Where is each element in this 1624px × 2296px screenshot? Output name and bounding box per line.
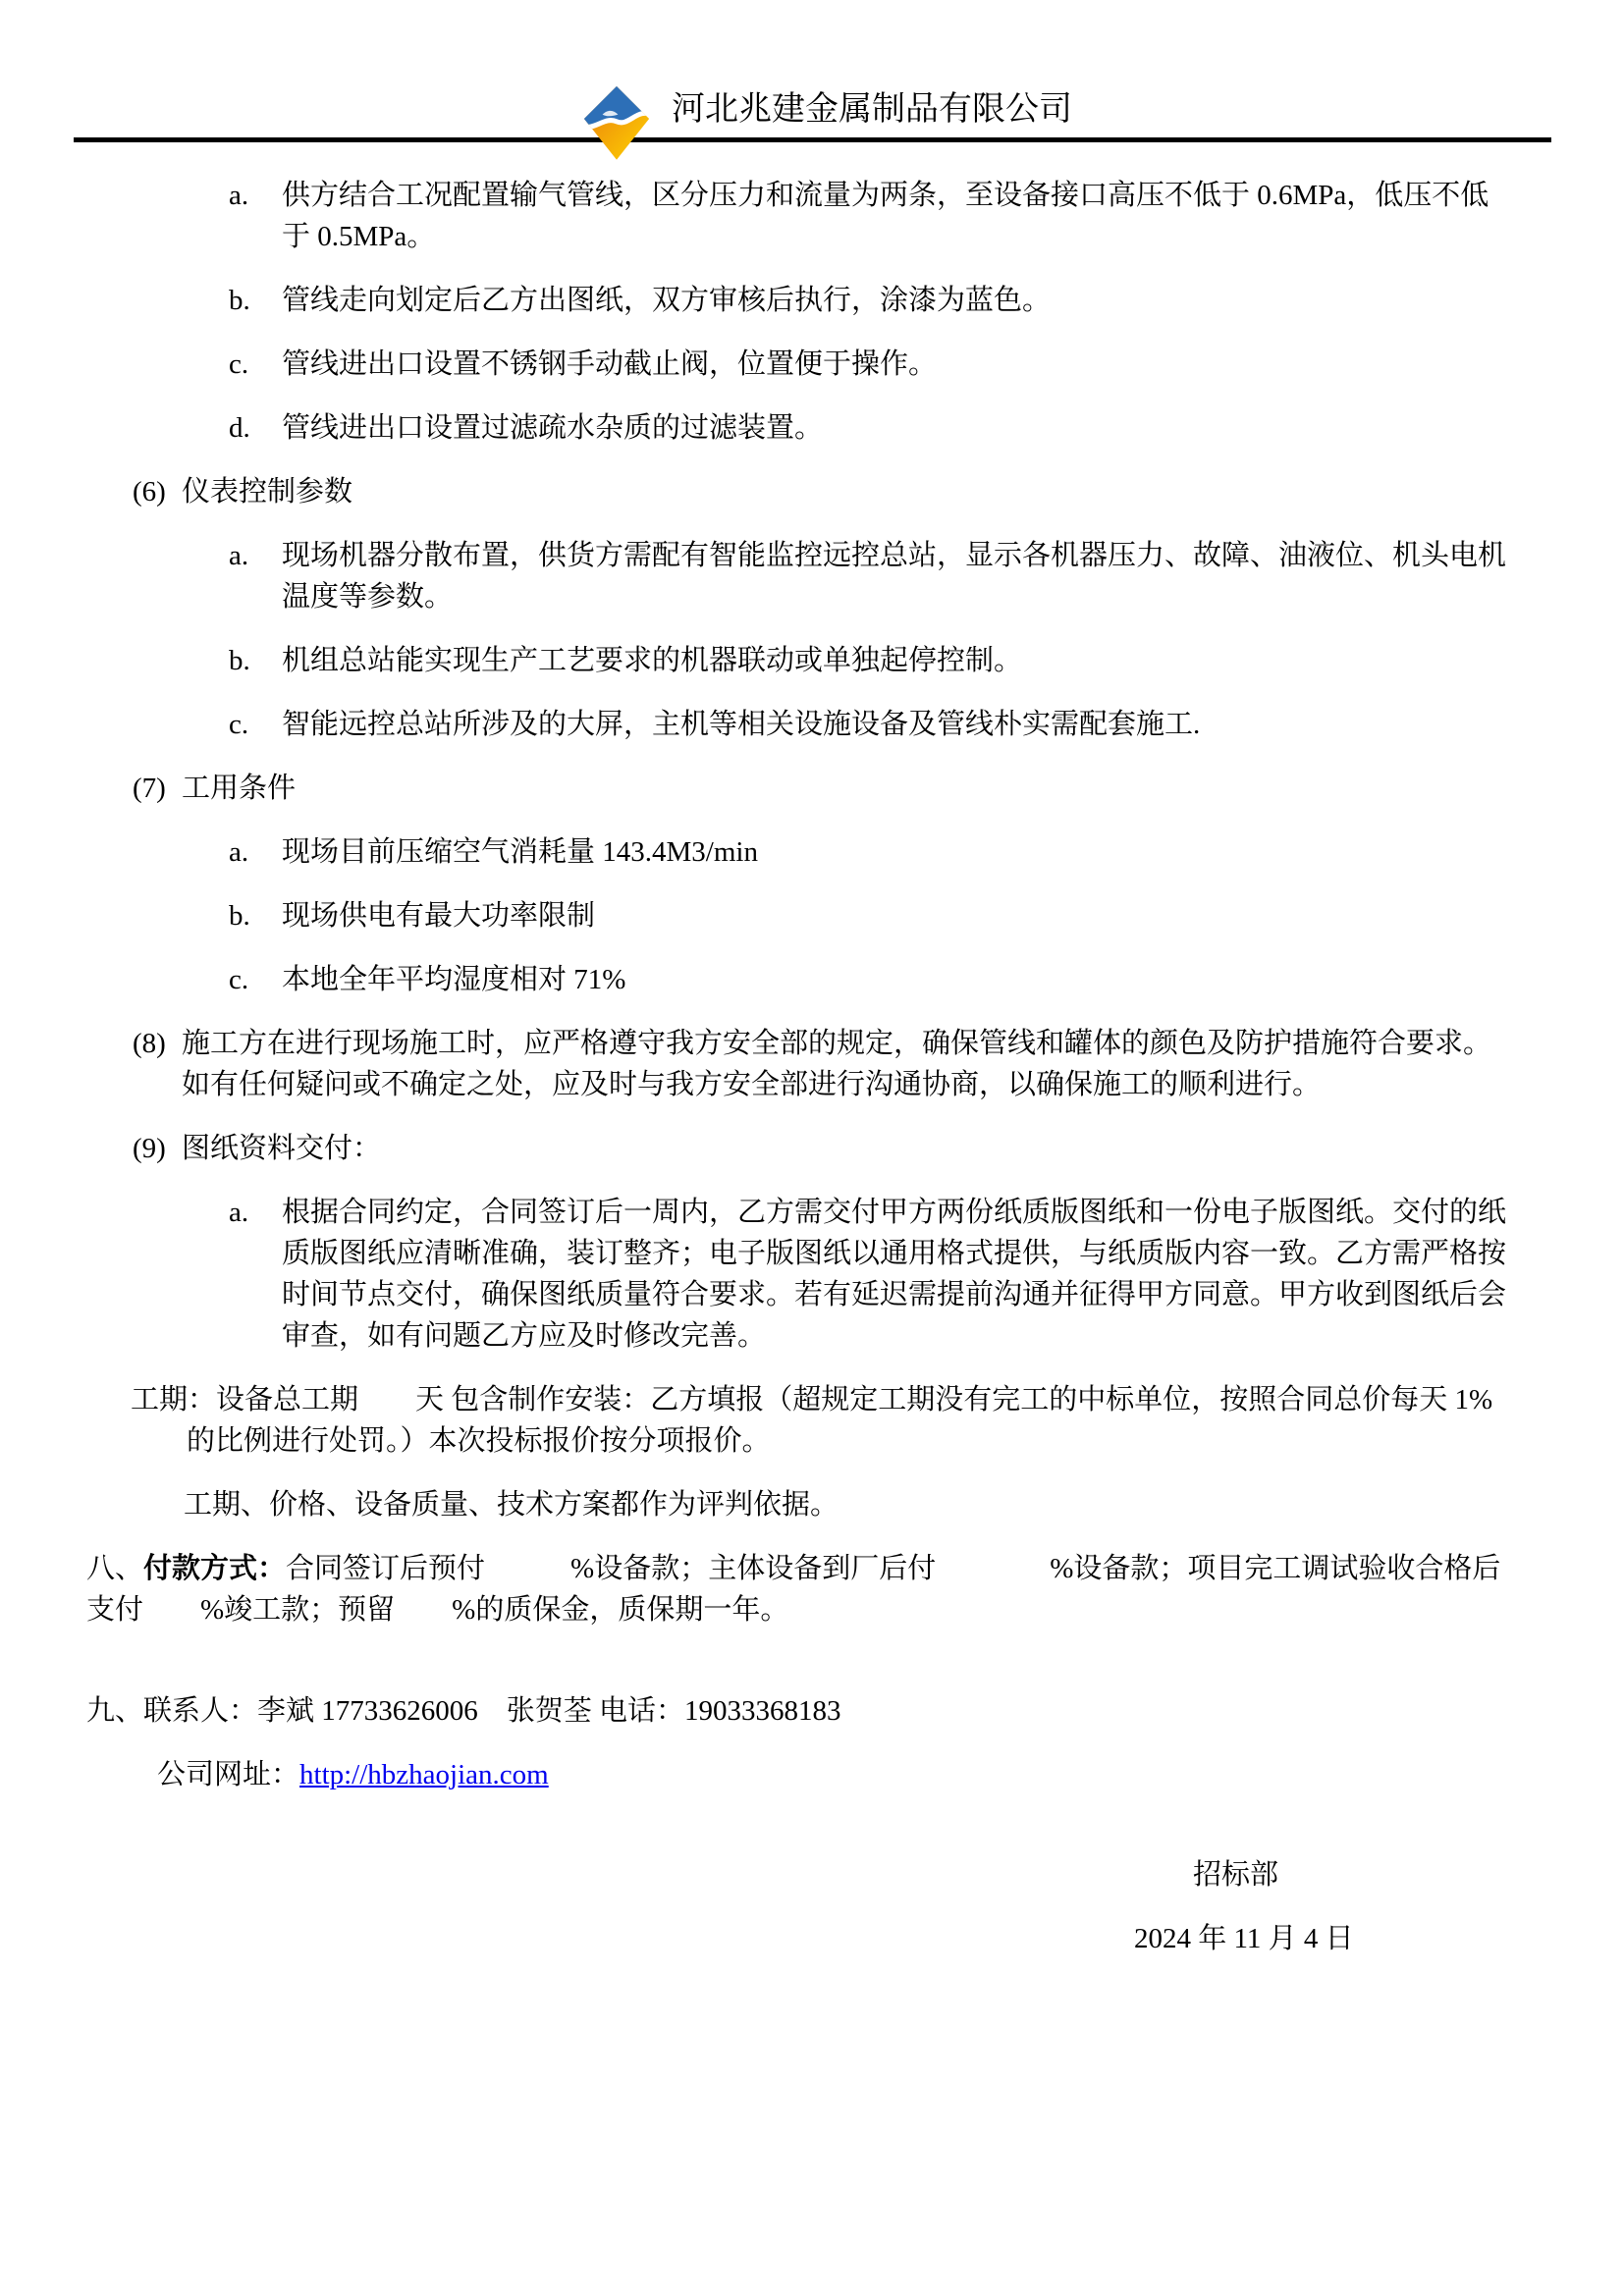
list-marker: a. — [229, 1192, 282, 1357]
evaluation-line: 工期、价格、设备质量、技术方案都作为评判依据。 — [184, 1484, 1624, 1525]
section-6-item-a: a. 现场机器分散布置，供货方需配有智能监控远控总站，显示各机器压力、故障、油液… — [229, 535, 1517, 617]
duration-text: 设备总工期 天 包含制作安装：乙方填报（超规定工期没有完工的中标单位，按照合同总… — [187, 1384, 1492, 1457]
document-page: 河北兆建金属制品有限公司 a. 供方结合工况配置输气管线，区分压力和流量为两条，… — [0, 0, 1624, 2296]
contact-text: 李斌 17733626006 张贺荃 电话：19033368183 — [257, 1695, 841, 1727]
document-body: a. 供方结合工况配置输气管线，区分压力和流量为两条，至设备接口高压不低于 0.… — [0, 175, 1624, 1959]
section-8-paragraph: (8) 施工方在进行现场施工时，应严格遵守我方安全部的规定，确保管线和罐体的颜色… — [133, 1023, 1517, 1105]
list-text: 管线进出口设置过滤疏水杂质的过滤装置。 — [282, 407, 1517, 449]
header: 河北兆建金属制品有限公司 — [0, 0, 1624, 143]
payment-paragraph: 八、付款方式：合同签订后预付 %设备款；主体设备到厂后付 %设备款；项目完工调试… — [86, 1548, 1517, 1630]
section-title: 图纸资料交付： — [182, 1128, 1517, 1169]
section-6-item-b: b. 机组总站能实现生产工艺要求的机器联动或单独起停控制。 — [229, 640, 1517, 681]
list-marker: b. — [229, 640, 282, 681]
company-name: 河北兆建金属制品有限公司 — [672, 90, 1072, 130]
list-marker: a. — [229, 175, 282, 257]
section-7-item-b: b. 现场供电有最大功率限制 — [229, 895, 1517, 936]
list-marker: c. — [229, 959, 282, 1000]
list-marker: d. — [229, 407, 282, 449]
section-9-item-a: a. 根据合同约定，合同签订后一周内，乙方需交付甲方两份纸质版图纸和一份电子版图… — [229, 1192, 1517, 1357]
contact-prefix: 九、 — [86, 1695, 143, 1727]
list-marker: a. — [229, 535, 282, 617]
list-text: 管线走向划定后乙方出图纸，双方审核后执行，涂漆为蓝色。 — [282, 280, 1517, 321]
list-text: 现场供电有最大功率限制 — [282, 895, 1517, 936]
section-marker: (9) — [133, 1128, 182, 1169]
list-item-a: a. 供方结合工况配置输气管线，区分压力和流量为两条，至设备接口高压不低于 0.… — [229, 175, 1517, 257]
duration-label: 工期： — [131, 1384, 216, 1415]
list-marker: b. — [229, 280, 282, 321]
section-7-item-a: a. 现场目前压缩空气消耗量 143.4M3/min — [229, 831, 1517, 873]
list-item-c: c. 管线进出口设置不锈钢手动截止阀，位置便于操作。 — [229, 344, 1517, 385]
payment-label: 付款方式： — [143, 1553, 286, 1584]
list-text: 根据合同约定，合同签订后一周内，乙方需交付甲方两份纸质版图纸和一份电子版图纸。交… — [282, 1192, 1517, 1357]
website-label: 公司网址： — [157, 1759, 299, 1790]
section-marker: (8) — [133, 1023, 182, 1105]
list-text: 本地全年平均湿度相对 71% — [282, 959, 1517, 1000]
list-text: 供方结合工况配置输气管线，区分压力和流量为两条，至设备接口高压不低于 0.6MP… — [282, 175, 1517, 257]
document-date: 2024 年 11 月 4 日 — [1134, 1918, 1624, 1959]
list-marker: c. — [229, 344, 282, 385]
section-text: 施工方在进行现场施工时，应严格遵守我方安全部的规定，确保管线和罐体的颜色及防护措… — [182, 1023, 1517, 1105]
list-item-b: b. 管线走向划定后乙方出图纸，双方审核后执行，涂漆为蓝色。 — [229, 280, 1517, 321]
list-text: 智能远控总站所涉及的大屏，主机等相关设施设备及管线朴实需配套施工. — [282, 704, 1517, 745]
contact-label: 联系人： — [143, 1695, 257, 1727]
section-title: 工用条件 — [182, 768, 1517, 809]
duration-paragraph: 工期：设备总工期 天 包含制作安装：乙方填报（超规定工期没有完工的中标单位，按照… — [131, 1379, 1517, 1462]
list-text: 管线进出口设置不锈钢手动截止阀，位置便于操作。 — [282, 344, 1517, 385]
section-9-heading: (9) 图纸资料交付： — [133, 1128, 1517, 1169]
list-text: 现场目前压缩空气消耗量 143.4M3/min — [282, 831, 1517, 873]
list-marker: c. — [229, 704, 282, 745]
list-item-d: d. 管线进出口设置过滤疏水杂质的过滤装置。 — [229, 407, 1517, 449]
website-line: 公司网址：http://hbzhaojian.com — [157, 1754, 1624, 1795]
section-7-item-c: c. 本地全年平均湿度相对 71% — [229, 959, 1517, 1000]
section-marker: (7) — [133, 768, 182, 809]
section-marker: (6) — [133, 471, 182, 512]
section-6-item-c: c. 智能远控总站所涉及的大屏，主机等相关设施设备及管线朴实需配套施工. — [229, 704, 1517, 745]
department-signature: 招标部 — [1193, 1854, 1624, 1896]
list-text: 现场机器分散布置，供货方需配有智能监控远控总站，显示各机器压力、故障、油液位、机… — [282, 535, 1517, 617]
list-marker: a. — [229, 831, 282, 873]
list-marker: b. — [229, 895, 282, 936]
section-title: 仪表控制参数 — [182, 471, 1517, 512]
payment-prefix: 八、 — [86, 1553, 143, 1584]
contact-line: 九、联系人：李斌 17733626006 张贺荃 电话：19033368183 — [86, 1690, 1624, 1732]
company-logo-icon — [581, 82, 652, 165]
section-6-heading: (6) 仪表控制参数 — [133, 471, 1517, 512]
header-divider — [74, 137, 1551, 142]
section-7-heading: (7) 工用条件 — [133, 768, 1517, 809]
payment-text: 合同签订后预付 %设备款；主体设备到厂后付 %设备款；项目完工调试验收合格后支付… — [86, 1553, 1500, 1626]
website-link[interactable]: http://hbzhaojian.com — [299, 1759, 549, 1790]
list-text: 机组总站能实现生产工艺要求的机器联动或单独起停控制。 — [282, 640, 1517, 681]
